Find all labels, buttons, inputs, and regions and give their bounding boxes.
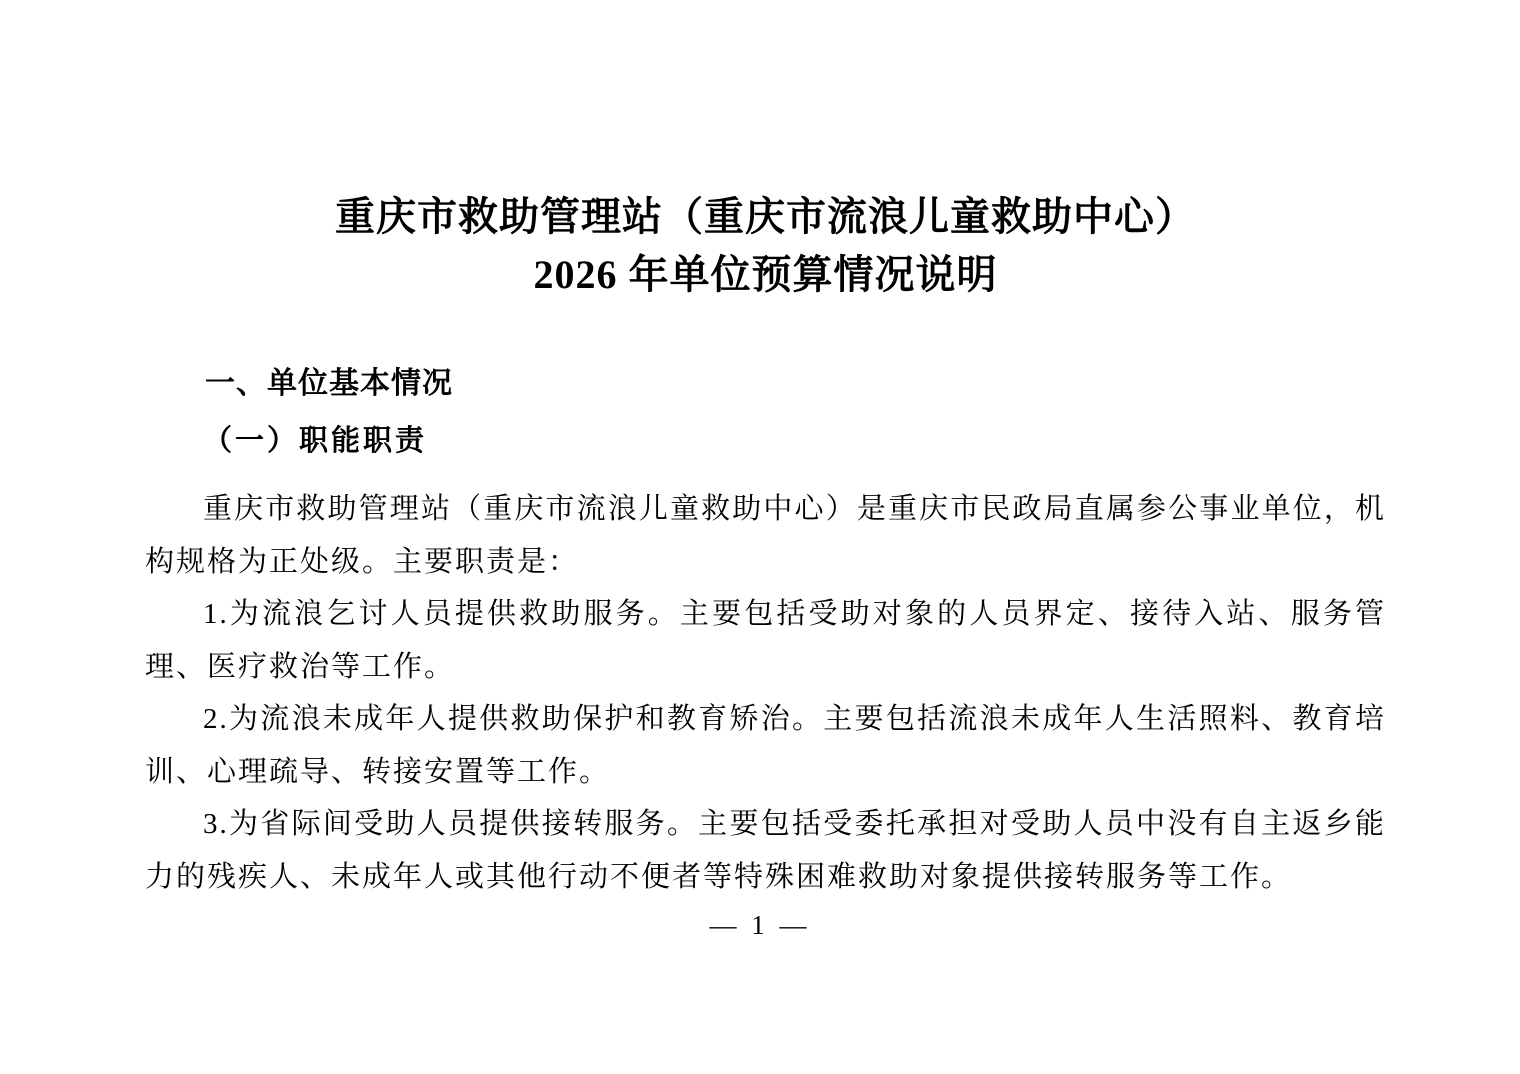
paragraph-duty-1: 1.为流浪乞讨人员提供救助服务。主要包括受助对象的人员界定、接待入站、服务管理、… (145, 588, 1386, 693)
subsection-heading-duties: （一）职能职责 (145, 421, 1386, 461)
paragraph-duty-3: 3.为省际间受助人员提供接转服务。主要包括受委托承担对受助人员中没有自主返乡能力… (145, 798, 1386, 903)
document-title-line2: 2026 年单位预算情况说明 (145, 246, 1386, 304)
document-page: 重庆市救助管理站（重庆市流浪儿童救助中心） 2026 年单位预算情况说明 一、单… (0, 0, 1520, 1074)
paragraph-duty-2: 2.为流浪未成年人提供救助保护和教育矫治。主要包括流浪未成年人生活照料、教育培训… (145, 693, 1386, 798)
document-title: 重庆市救助管理站（重庆市流浪儿童救助中心） 2026 年单位预算情况说明 (145, 188, 1386, 304)
paragraph-unit-overview: 重庆市救助管理站（重庆市流浪儿童救助中心）是重庆市民政局直属参公事业单位，机构规… (145, 483, 1386, 588)
section-heading-basic-info: 一、单位基本情况 (145, 364, 1386, 404)
page-number: — 1 — (0, 905, 1520, 945)
document-title-line1: 重庆市救助管理站（重庆市流浪儿童救助中心） (145, 188, 1386, 246)
